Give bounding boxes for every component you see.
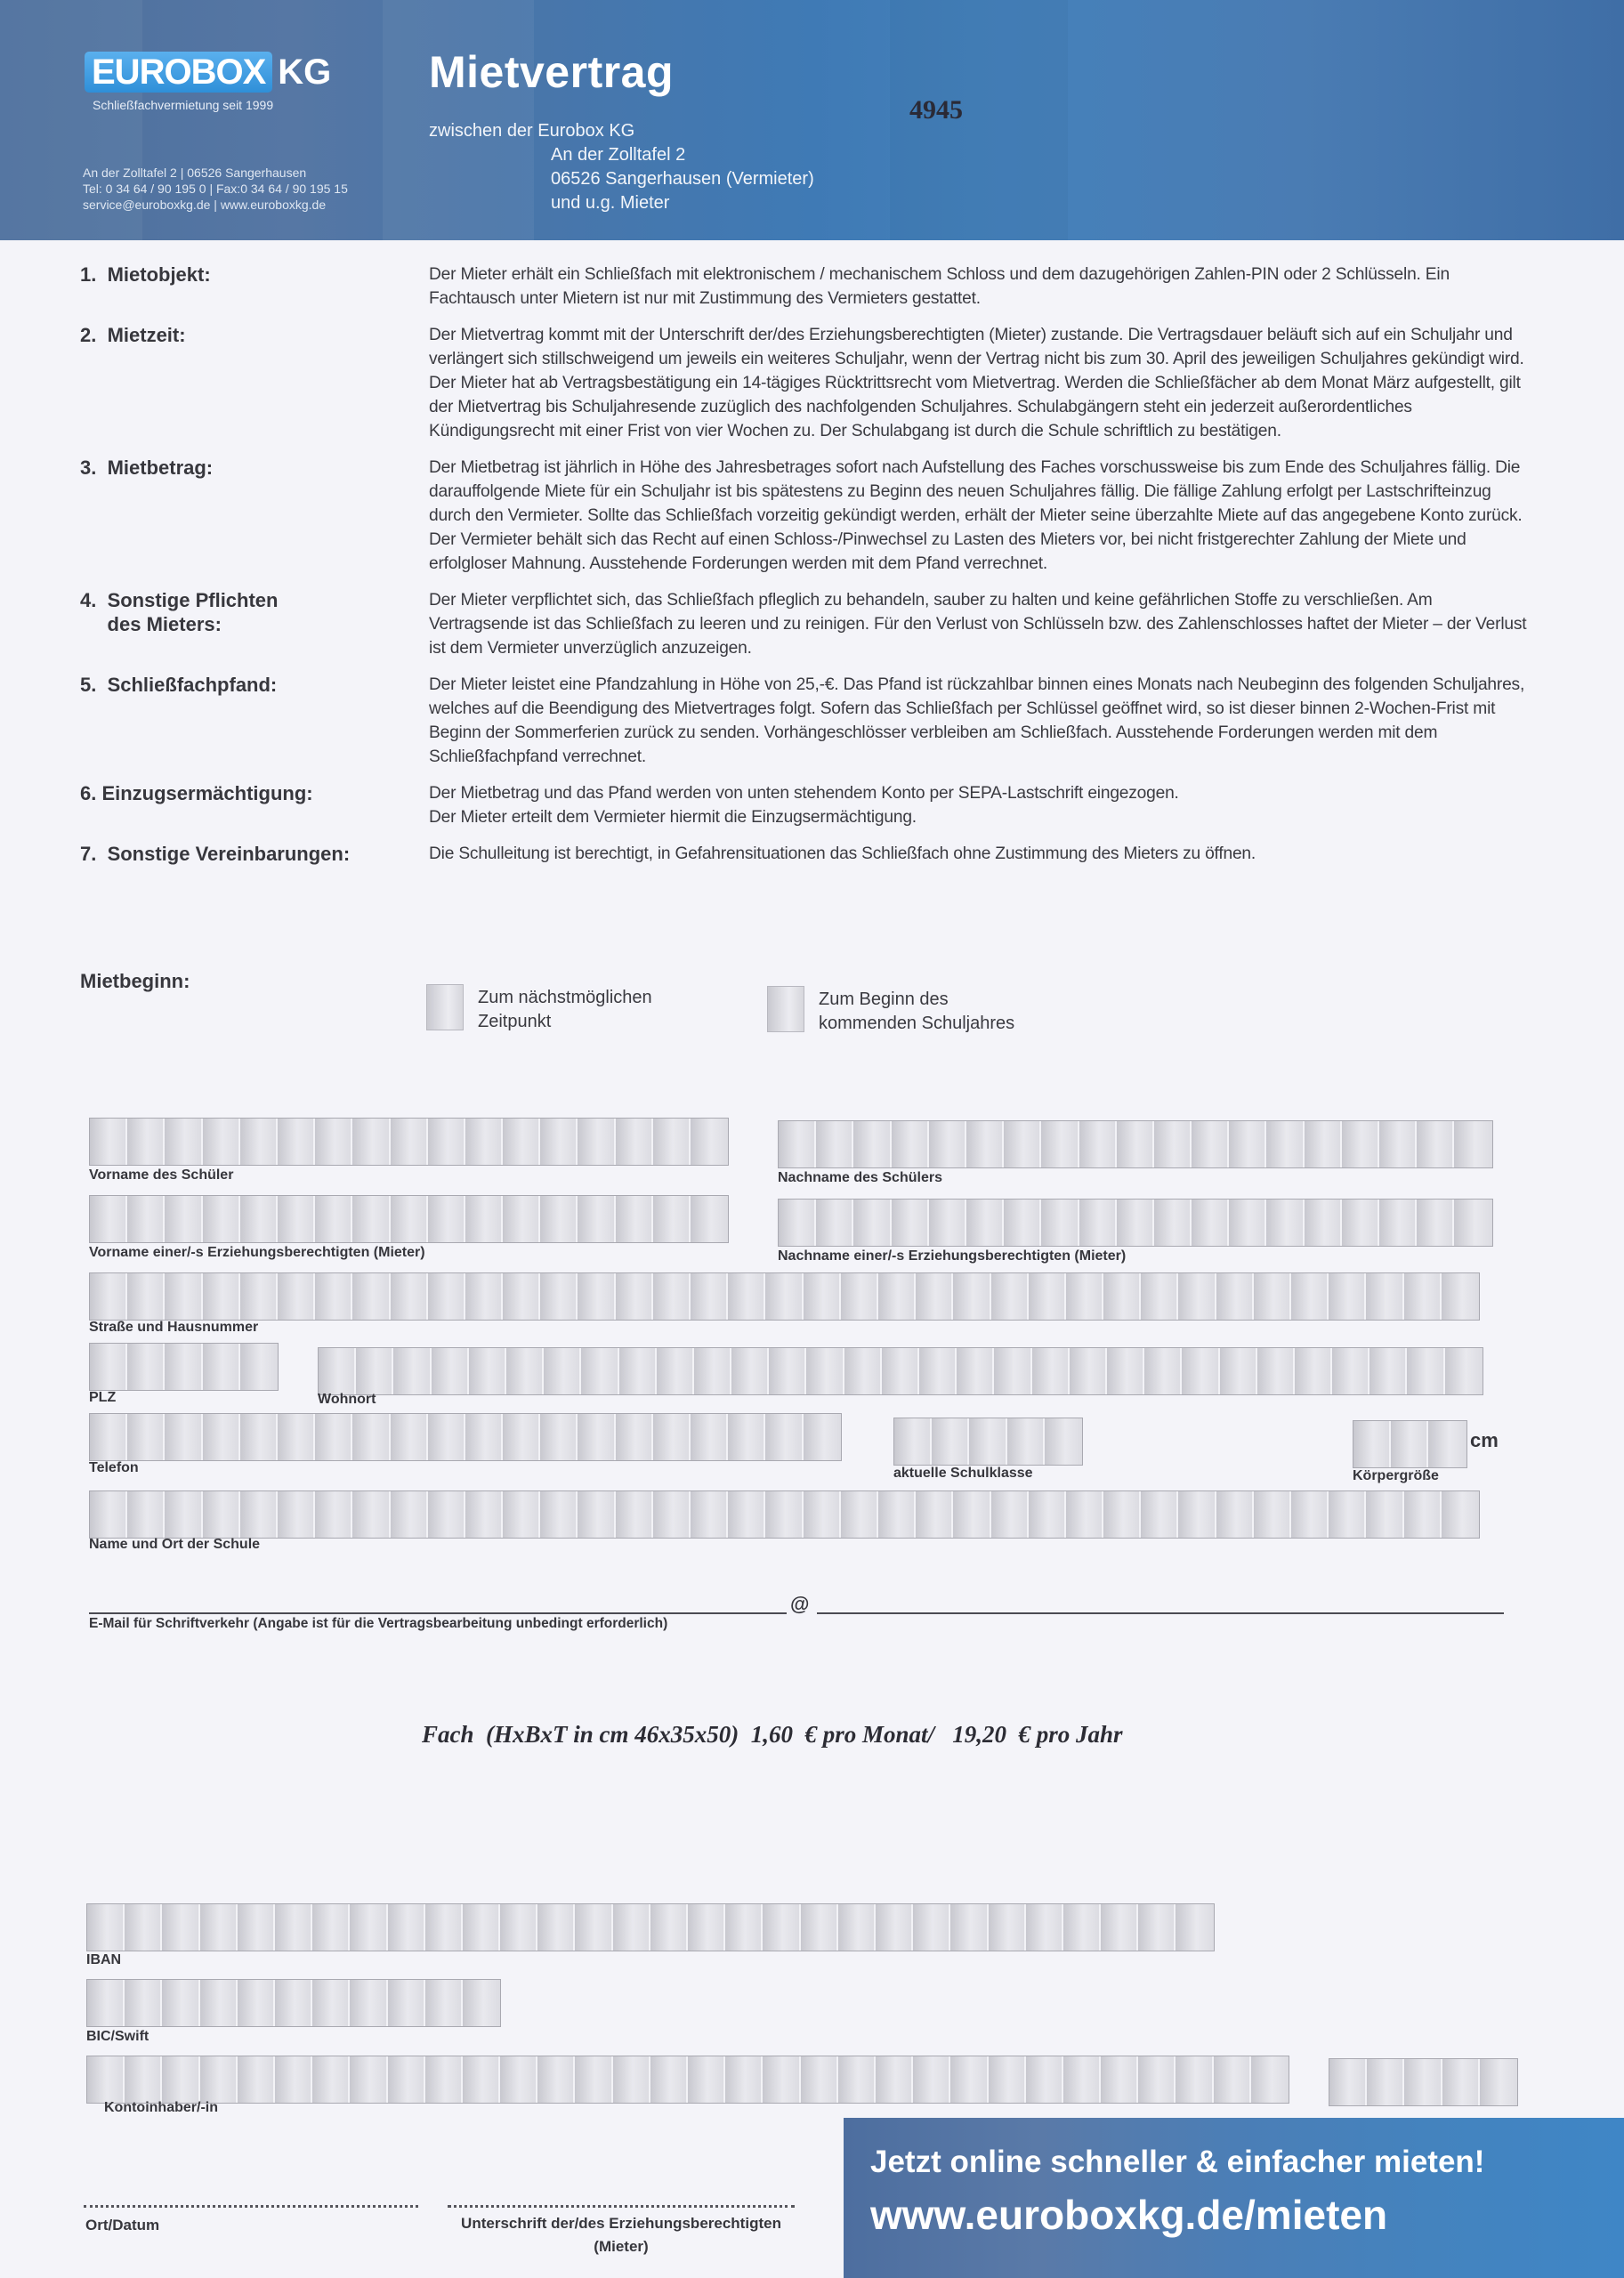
char-cell[interactable] [853, 1121, 891, 1167]
char-cell[interactable] [1353, 1421, 1391, 1467]
char-cell[interactable] [1032, 1348, 1070, 1394]
char-cell[interactable] [1079, 1200, 1117, 1246]
char-cell[interactable] [841, 1273, 878, 1320]
char-cell[interactable] [278, 1491, 315, 1538]
char-cell[interactable] [1266, 1121, 1304, 1167]
char-cell[interactable] [953, 1491, 990, 1538]
char-cell[interactable] [506, 1348, 544, 1394]
char-cell[interactable] [1229, 1200, 1266, 1246]
char-cell[interactable] [1178, 1273, 1216, 1320]
iban-field[interactable] [86, 1903, 1215, 1951]
char-cell[interactable] [769, 1348, 806, 1394]
char-cell[interactable] [352, 1414, 390, 1460]
char-cell[interactable] [728, 1491, 765, 1538]
plz-field[interactable] [89, 1343, 279, 1391]
char-cell[interactable] [278, 1273, 315, 1320]
char-cell[interactable] [1342, 1121, 1379, 1167]
char-cell[interactable] [844, 1348, 882, 1394]
char-cell[interactable] [1404, 1491, 1442, 1538]
char-cell[interactable] [200, 1904, 238, 1951]
char-cell[interactable] [200, 1980, 238, 2026]
char-cell[interactable] [350, 1904, 387, 1951]
char-cell[interactable] [537, 1904, 575, 1951]
char-cell[interactable] [87, 2056, 125, 2103]
char-cell[interactable] [1066, 1491, 1103, 1538]
char-cell[interactable] [1176, 1904, 1213, 1951]
schule-field[interactable] [89, 1490, 1480, 1539]
char-cell[interactable] [352, 1273, 390, 1320]
char-cell[interactable] [463, 1904, 500, 1951]
char-cell[interactable] [838, 1904, 876, 1951]
char-cell[interactable] [240, 1196, 278, 1242]
char-cell[interactable] [238, 1904, 275, 1951]
char-cell[interactable] [657, 1348, 694, 1394]
char-cell[interactable] [816, 1200, 853, 1246]
char-cell[interactable] [1305, 1121, 1342, 1167]
char-cell[interactable] [432, 1348, 469, 1394]
char-cell[interactable] [765, 1414, 803, 1460]
char-cell[interactable] [838, 2056, 876, 2103]
char-cell[interactable] [240, 1344, 278, 1390]
char-cell[interactable] [919, 1348, 957, 1394]
char-cell[interactable] [503, 1196, 540, 1242]
char-cell[interactable] [578, 1414, 615, 1460]
char-cell[interactable] [1141, 1491, 1178, 1538]
char-cell[interactable] [391, 1196, 428, 1242]
char-cell[interactable] [90, 1119, 127, 1165]
char-cell[interactable] [356, 1348, 393, 1394]
char-cell[interactable] [275, 1904, 312, 1951]
char-cell[interactable] [352, 1491, 390, 1538]
char-cell[interactable] [1366, 1491, 1403, 1538]
char-cell[interactable] [1367, 2059, 1404, 2105]
char-cell[interactable] [503, 1273, 540, 1320]
char-cell[interactable] [892, 1121, 929, 1167]
char-cell[interactable] [465, 1414, 503, 1460]
char-cell[interactable] [162, 1904, 199, 1951]
nachname-mieter-field[interactable] [778, 1199, 1493, 1247]
char-cell[interactable] [613, 2056, 650, 2103]
char-cell[interactable] [463, 2056, 500, 2103]
email-domain-input[interactable] [817, 1612, 1504, 1614]
char-cell[interactable] [989, 1904, 1026, 1951]
char-cell[interactable] [1391, 1421, 1428, 1467]
char-cell[interactable] [1182, 1348, 1219, 1394]
char-cell[interactable] [312, 2056, 350, 2103]
char-cell[interactable] [240, 1273, 278, 1320]
signature-input[interactable] [448, 2205, 795, 2208]
char-cell[interactable] [616, 1491, 653, 1538]
char-cell[interactable] [1329, 1273, 1366, 1320]
char-cell[interactable] [425, 1980, 463, 2026]
char-cell[interactable] [1428, 1421, 1466, 1467]
char-cell[interactable] [575, 1904, 612, 1951]
char-cell[interactable] [616, 1273, 653, 1320]
char-cell[interactable] [916, 1491, 953, 1538]
char-cell[interactable] [1454, 1200, 1491, 1246]
char-cell[interactable] [1079, 1121, 1117, 1167]
char-cell[interactable] [1141, 1273, 1178, 1320]
char-cell[interactable] [1063, 2056, 1101, 2103]
char-cell[interactable] [203, 1344, 240, 1390]
char-cell[interactable] [1214, 2056, 1251, 2103]
char-cell[interactable] [319, 1348, 356, 1394]
char-cell[interactable] [653, 1119, 691, 1165]
char-cell[interactable] [957, 1348, 994, 1394]
checkbox-next-possible[interactable] [426, 984, 464, 1030]
char-cell[interactable] [1026, 1904, 1063, 1951]
char-cell[interactable] [127, 1196, 165, 1242]
checkbox-next-school-year[interactable] [767, 986, 804, 1032]
char-cell[interactable] [1329, 1491, 1366, 1538]
char-cell[interactable] [463, 1980, 500, 2026]
promo-url-link[interactable]: www.euroboxkg.de/mieten [870, 2191, 1387, 2239]
char-cell[interactable] [650, 2056, 688, 2103]
char-cell[interactable] [1445, 1348, 1483, 1394]
char-cell[interactable] [1407, 1348, 1444, 1394]
char-cell[interactable] [1138, 1904, 1176, 1951]
char-cell[interactable] [1305, 1200, 1342, 1246]
char-cell[interactable] [929, 1121, 966, 1167]
char-cell[interactable] [1063, 1904, 1101, 1951]
char-cell[interactable] [950, 1904, 988, 1951]
char-cell[interactable] [1192, 1121, 1229, 1167]
char-cell[interactable] [728, 1273, 765, 1320]
char-cell[interactable] [90, 1414, 127, 1460]
char-cell[interactable] [428, 1414, 465, 1460]
char-cell[interactable] [806, 1348, 844, 1394]
char-cell[interactable] [465, 1491, 503, 1538]
char-cell[interactable] [125, 1904, 162, 1951]
char-cell[interactable] [1154, 1200, 1192, 1246]
char-cell[interactable] [1404, 1273, 1442, 1320]
strasse-field[interactable] [89, 1272, 1480, 1321]
char-cell[interactable] [127, 1414, 165, 1460]
char-cell[interactable] [691, 1273, 728, 1320]
char-cell[interactable] [1442, 1491, 1479, 1538]
char-cell[interactable] [1442, 1273, 1479, 1320]
char-cell[interactable] [578, 1491, 615, 1538]
char-cell[interactable] [892, 1200, 929, 1246]
char-cell[interactable] [804, 1273, 841, 1320]
char-cell[interactable] [1103, 1491, 1141, 1538]
char-cell[interactable] [913, 1904, 950, 1951]
char-cell[interactable] [1192, 1200, 1229, 1246]
char-cell[interactable] [275, 2056, 312, 2103]
wohnort-field[interactable] [318, 1347, 1483, 1395]
char-cell[interactable] [1229, 1121, 1266, 1167]
char-cell[interactable] [801, 2056, 838, 2103]
vorname-mieter-field[interactable] [89, 1195, 729, 1243]
char-cell[interactable] [989, 2056, 1026, 2103]
char-cell[interactable] [913, 2056, 950, 2103]
char-cell[interactable] [932, 1418, 969, 1465]
char-cell[interactable] [1454, 1121, 1491, 1167]
char-cell[interactable] [801, 1904, 838, 1951]
char-cell[interactable] [165, 1119, 202, 1165]
char-cell[interactable] [1138, 2056, 1176, 2103]
char-cell[interactable] [125, 2056, 162, 2103]
char-cell[interactable] [1369, 1348, 1407, 1394]
char-cell[interactable] [315, 1273, 352, 1320]
char-cell[interactable] [616, 1414, 653, 1460]
char-cell[interactable] [1366, 1273, 1403, 1320]
char-cell[interactable] [1295, 1348, 1332, 1394]
char-cell[interactable] [315, 1414, 352, 1460]
char-cell[interactable] [876, 2056, 913, 2103]
char-cell[interactable] [503, 1491, 540, 1538]
char-cell[interactable] [966, 1121, 1004, 1167]
char-cell[interactable] [894, 1418, 932, 1465]
char-cell[interactable] [203, 1119, 240, 1165]
char-cell[interactable] [653, 1196, 691, 1242]
char-cell[interactable] [728, 1414, 765, 1460]
char-cell[interactable] [312, 1980, 350, 2026]
char-cell[interactable] [613, 1904, 650, 1951]
char-cell[interactable] [540, 1414, 578, 1460]
char-cell[interactable] [779, 1200, 816, 1246]
char-cell[interactable] [763, 2056, 800, 2103]
char-cell[interactable] [391, 1273, 428, 1320]
char-cell[interactable] [991, 1491, 1029, 1538]
char-cell[interactable] [853, 1200, 891, 1246]
char-cell[interactable] [315, 1196, 352, 1242]
char-cell[interactable] [540, 1119, 578, 1165]
char-cell[interactable] [1004, 1200, 1041, 1246]
char-cell[interactable] [916, 1273, 953, 1320]
char-cell[interactable] [804, 1491, 841, 1538]
char-cell[interactable] [465, 1119, 503, 1165]
char-cell[interactable] [540, 1491, 578, 1538]
char-cell[interactable] [653, 1414, 691, 1460]
char-cell[interactable] [731, 1348, 769, 1394]
char-cell[interactable] [1029, 1491, 1066, 1538]
char-cell[interactable] [240, 1491, 278, 1538]
char-cell[interactable] [540, 1196, 578, 1242]
char-cell[interactable] [537, 2056, 575, 2103]
char-cell[interactable] [1251, 2056, 1289, 2103]
char-cell[interactable] [388, 1904, 425, 1951]
char-cell[interactable] [127, 1344, 165, 1390]
char-cell[interactable] [162, 2056, 199, 2103]
char-cell[interactable] [465, 1273, 503, 1320]
char-cell[interactable] [1266, 1200, 1304, 1246]
char-cell[interactable] [1007, 1418, 1045, 1465]
char-cell[interactable] [694, 1348, 731, 1394]
char-cell[interactable] [87, 1904, 125, 1951]
char-cell[interactable] [650, 1904, 688, 1951]
char-cell[interactable] [1004, 1121, 1041, 1167]
char-cell[interactable] [653, 1273, 691, 1320]
char-cell[interactable] [1101, 1904, 1138, 1951]
char-cell[interactable] [465, 1196, 503, 1242]
char-cell[interactable] [278, 1414, 315, 1460]
char-cell[interactable] [929, 1200, 966, 1246]
char-cell[interactable] [804, 1414, 841, 1460]
char-cell[interactable] [350, 1980, 387, 2026]
char-cell[interactable] [691, 1414, 728, 1460]
char-cell[interactable] [500, 2056, 537, 2103]
char-cell[interactable] [1417, 1200, 1454, 1246]
char-cell[interactable] [1103, 1273, 1141, 1320]
option-next-possible[interactable]: Zum nächstmöglichen Zeitpunkt [426, 984, 652, 1034]
char-cell[interactable] [688, 2056, 725, 2103]
char-cell[interactable] [1216, 1273, 1254, 1320]
char-cell[interactable] [878, 1491, 916, 1538]
char-cell[interactable] [1101, 2056, 1138, 2103]
char-cell[interactable] [691, 1119, 728, 1165]
char-cell[interactable] [691, 1491, 728, 1538]
char-cell[interactable] [765, 1491, 803, 1538]
char-cell[interactable] [87, 1980, 125, 2026]
char-cell[interactable] [238, 1980, 275, 2026]
char-cell[interactable] [1045, 1418, 1082, 1465]
char-cell[interactable] [1176, 2056, 1213, 2103]
char-cell[interactable] [1026, 2056, 1063, 2103]
char-cell[interactable] [1029, 1273, 1066, 1320]
char-cell[interactable] [1291, 1273, 1329, 1320]
char-cell[interactable] [581, 1348, 618, 1394]
char-cell[interactable] [388, 1980, 425, 2026]
char-cell[interactable] [350, 2056, 387, 2103]
char-cell[interactable] [969, 1418, 1006, 1465]
char-cell[interactable] [425, 2056, 463, 2103]
char-cell[interactable] [1220, 1348, 1257, 1394]
char-cell[interactable] [428, 1491, 465, 1538]
char-cell[interactable] [578, 1273, 615, 1320]
char-cell[interactable] [544, 1348, 581, 1394]
char-cell[interactable] [1417, 1121, 1454, 1167]
char-cell[interactable] [994, 1348, 1031, 1394]
char-cell[interactable] [352, 1119, 390, 1165]
char-cell[interactable] [275, 1980, 312, 2026]
char-cell[interactable] [876, 1904, 913, 1951]
char-cell[interactable] [841, 1491, 878, 1538]
char-cell[interactable] [1254, 1491, 1291, 1538]
char-cell[interactable] [1066, 1273, 1103, 1320]
char-cell[interactable] [200, 2056, 238, 2103]
vorname-schueler-field[interactable] [89, 1118, 729, 1166]
kontoinhaber-extra-field[interactable] [1329, 2058, 1518, 2106]
char-cell[interactable] [1254, 1273, 1291, 1320]
char-cell[interactable] [165, 1196, 202, 1242]
char-cell[interactable] [1216, 1491, 1254, 1538]
char-cell[interactable] [428, 1119, 465, 1165]
char-cell[interactable] [278, 1196, 315, 1242]
char-cell[interactable] [1107, 1348, 1144, 1394]
char-cell[interactable] [616, 1196, 653, 1242]
char-cell[interactable] [240, 1414, 278, 1460]
option-next-school-year[interactable]: Zum Beginn des kommenden Schuljahres [767, 986, 1014, 1036]
char-cell[interactable] [162, 1980, 199, 2026]
bic-field[interactable] [86, 1979, 501, 2027]
char-cell[interactable] [540, 1273, 578, 1320]
char-cell[interactable] [1041, 1200, 1079, 1246]
char-cell[interactable] [315, 1119, 352, 1165]
char-cell[interactable] [578, 1119, 615, 1165]
char-cell[interactable] [503, 1119, 540, 1165]
char-cell[interactable] [203, 1414, 240, 1460]
char-cell[interactable] [90, 1491, 127, 1538]
char-cell[interactable] [503, 1414, 540, 1460]
char-cell[interactable] [1117, 1121, 1154, 1167]
char-cell[interactable] [1329, 2059, 1367, 2105]
char-cell[interactable] [691, 1196, 728, 1242]
char-cell[interactable] [991, 1273, 1029, 1320]
char-cell[interactable] [203, 1273, 240, 1320]
char-cell[interactable] [950, 2056, 988, 2103]
char-cell[interactable] [765, 1273, 803, 1320]
char-cell[interactable] [816, 1121, 853, 1167]
nachname-schueler-field[interactable] [778, 1120, 1493, 1168]
char-cell[interactable] [90, 1196, 127, 1242]
char-cell[interactable] [1404, 2059, 1442, 2105]
char-cell[interactable] [391, 1491, 428, 1538]
char-cell[interactable] [165, 1344, 202, 1390]
char-cell[interactable] [578, 1196, 615, 1242]
char-cell[interactable] [779, 1121, 816, 1167]
char-cell[interactable] [165, 1414, 202, 1460]
char-cell[interactable] [619, 1348, 657, 1394]
char-cell[interactable] [425, 1904, 463, 1951]
char-cell[interactable] [240, 1119, 278, 1165]
char-cell[interactable] [1178, 1491, 1216, 1538]
char-cell[interactable] [165, 1273, 202, 1320]
char-cell[interactable] [469, 1348, 506, 1394]
char-cell[interactable] [125, 1980, 162, 2026]
char-cell[interactable] [352, 1196, 390, 1242]
char-cell[interactable] [203, 1196, 240, 1242]
char-cell[interactable] [763, 1904, 800, 1951]
char-cell[interactable] [90, 1344, 127, 1390]
char-cell[interactable] [882, 1348, 919, 1394]
char-cell[interactable] [1379, 1121, 1417, 1167]
char-cell[interactable] [616, 1119, 653, 1165]
char-cell[interactable] [127, 1119, 165, 1165]
char-cell[interactable] [278, 1119, 315, 1165]
char-cell[interactable] [1291, 1491, 1329, 1538]
char-cell[interactable] [575, 2056, 612, 2103]
char-cell[interactable] [725, 2056, 763, 2103]
char-cell[interactable] [165, 1491, 202, 1538]
char-cell[interactable] [1480, 2059, 1517, 2105]
char-cell[interactable] [1332, 1348, 1369, 1394]
char-cell[interactable] [1154, 1121, 1192, 1167]
char-cell[interactable] [725, 1904, 763, 1951]
char-cell[interactable] [393, 1348, 431, 1394]
char-cell[interactable] [653, 1491, 691, 1538]
char-cell[interactable] [1041, 1121, 1079, 1167]
char-cell[interactable] [688, 1904, 725, 1951]
char-cell[interactable] [203, 1491, 240, 1538]
char-cell[interactable] [238, 2056, 275, 2103]
char-cell[interactable] [127, 1273, 165, 1320]
char-cell[interactable] [966, 1200, 1004, 1246]
koerpergroesse-field[interactable] [1353, 1420, 1467, 1468]
char-cell[interactable] [1257, 1348, 1295, 1394]
telefon-field[interactable] [89, 1413, 842, 1461]
char-cell[interactable] [391, 1119, 428, 1165]
schulklasse-field[interactable] [893, 1418, 1083, 1466]
char-cell[interactable] [127, 1491, 165, 1538]
char-cell[interactable] [312, 1904, 350, 1951]
char-cell[interactable] [1342, 1200, 1379, 1246]
char-cell[interactable] [1070, 1348, 1107, 1394]
char-cell[interactable] [878, 1273, 916, 1320]
char-cell[interactable] [1442, 2059, 1480, 2105]
char-cell[interactable] [388, 2056, 425, 2103]
char-cell[interactable] [1144, 1348, 1182, 1394]
